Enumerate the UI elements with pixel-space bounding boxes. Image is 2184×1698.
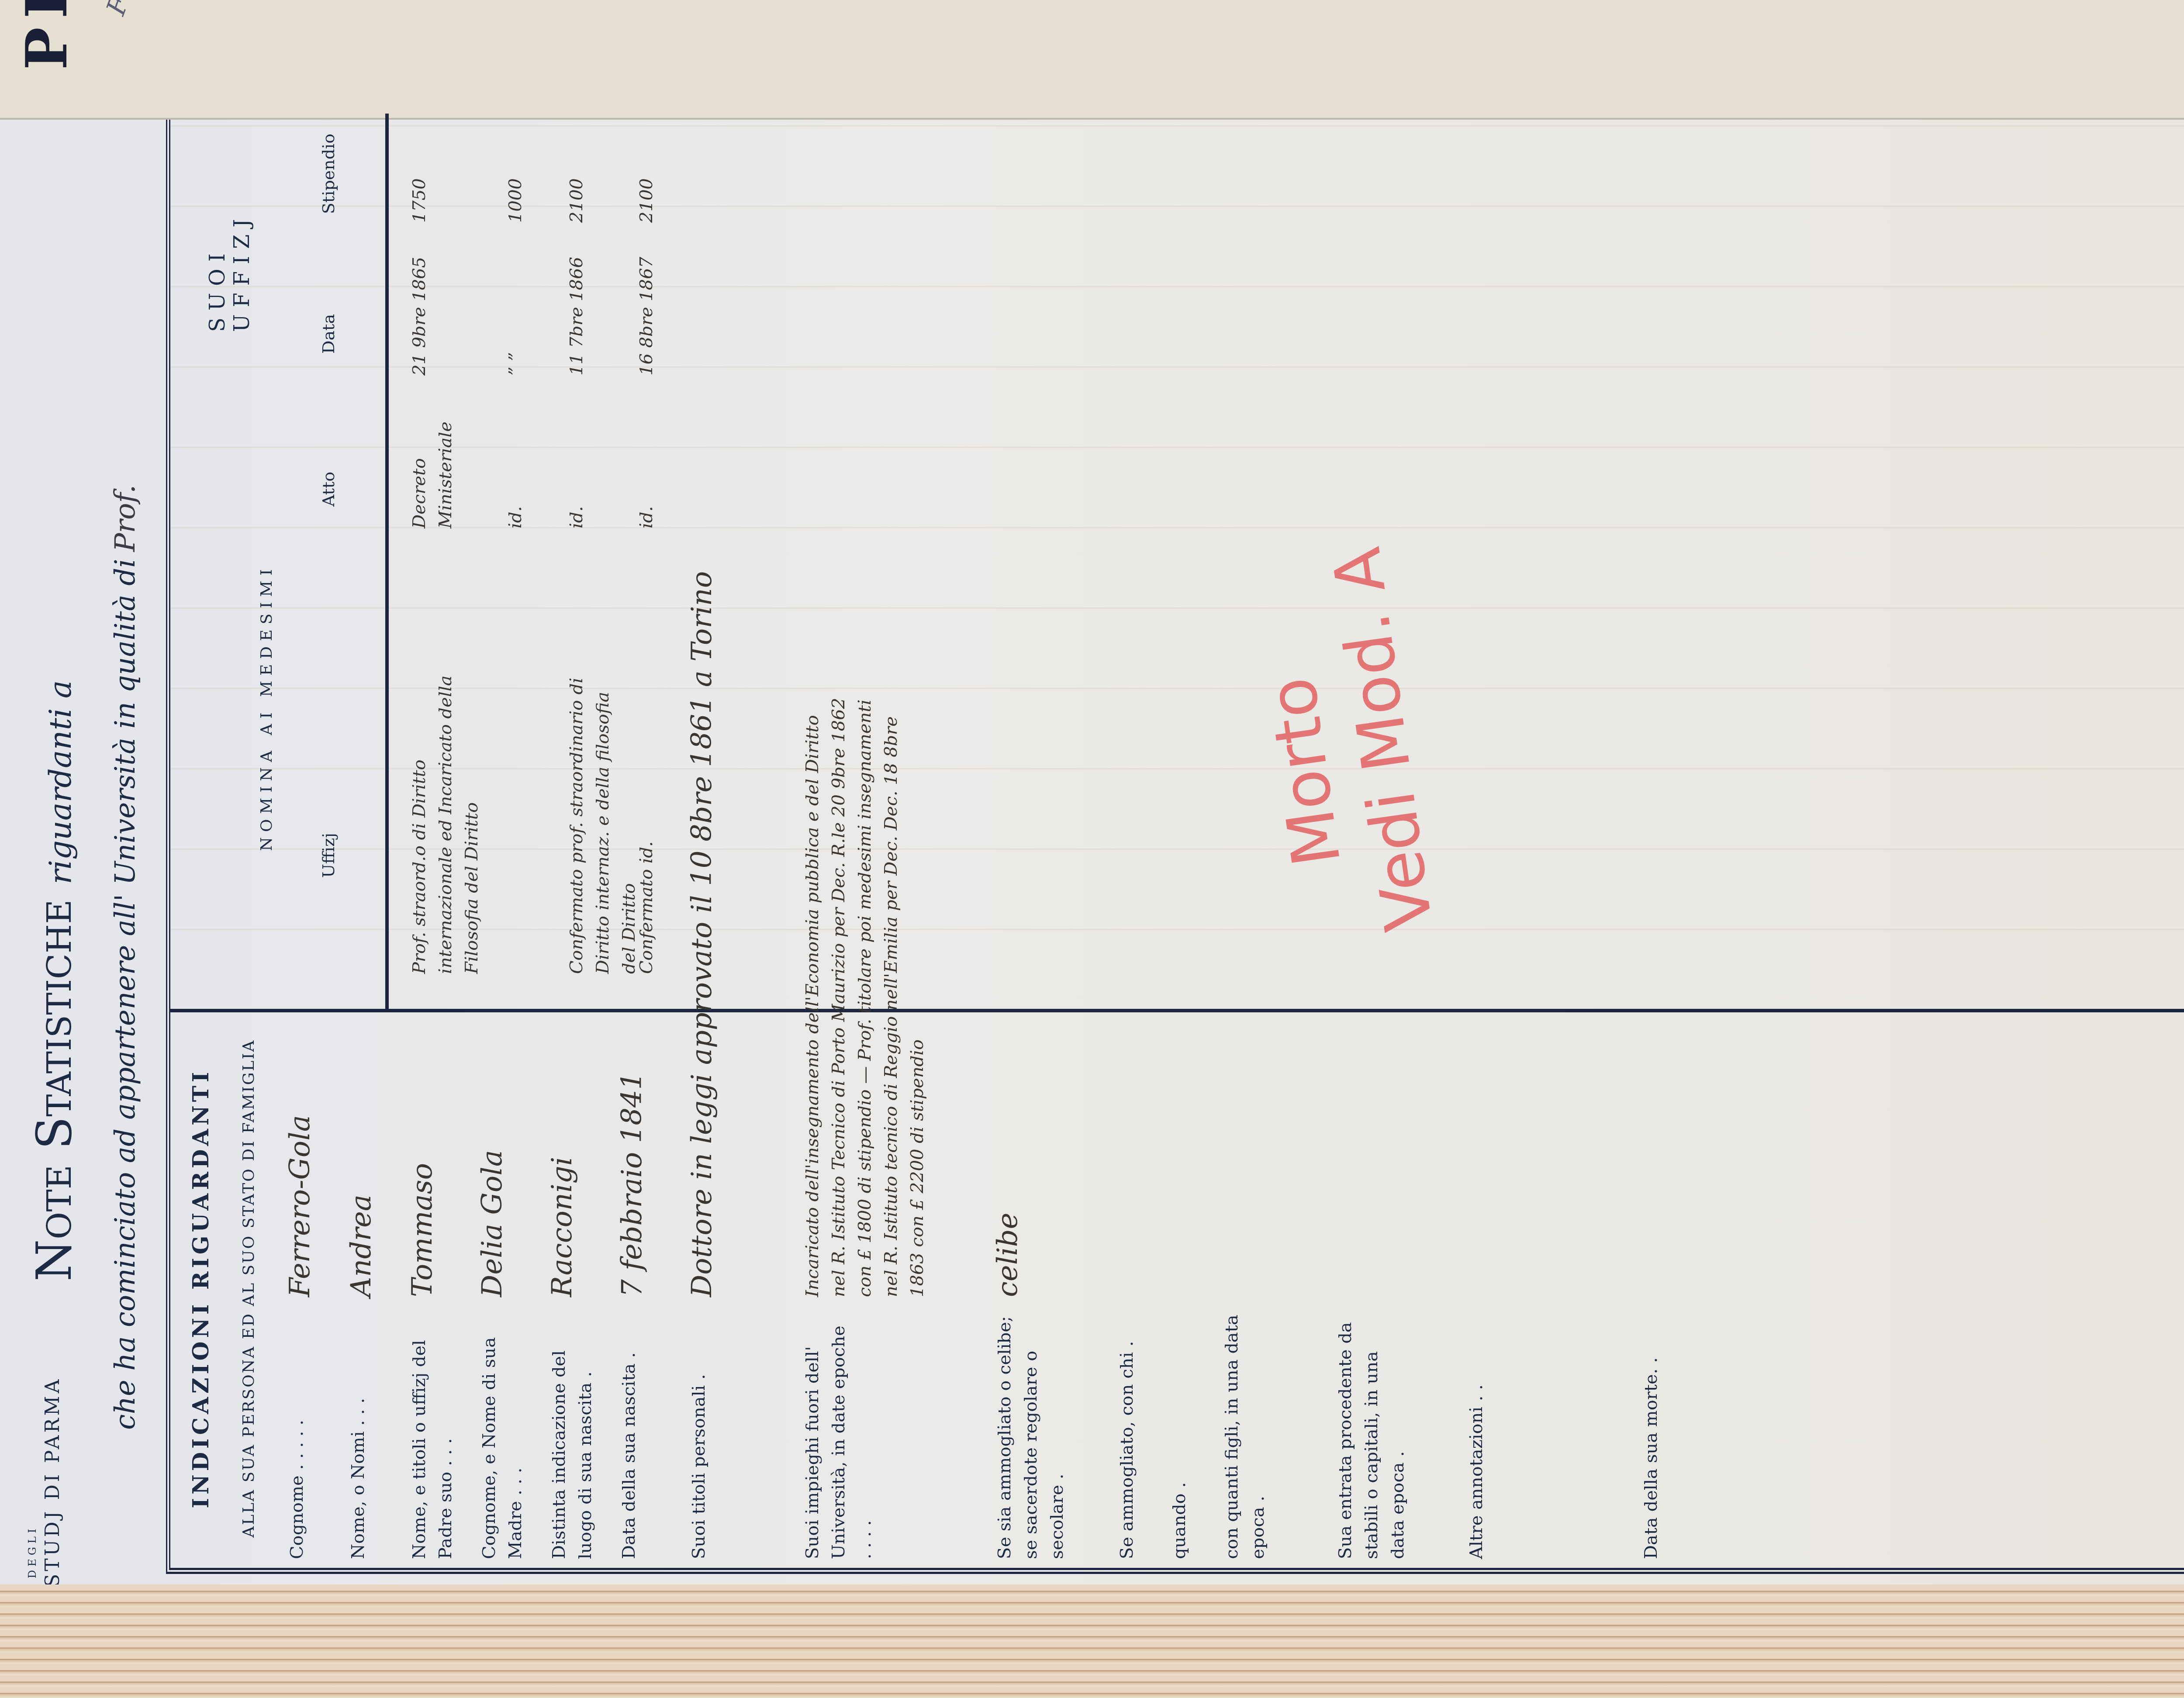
row-label: Suoi impieghi fuori dell' Università, in… [799,1315,878,1559]
form-subtitle: che ha cominciato ad appartenere all' Un… [109,485,142,1430]
previous-page-handwriting: Ferrero [100,0,164,19]
col-atto: Atto [319,472,338,507]
row-value: Incaricato dell'insegnamento dell'Econom… [799,686,930,1297]
row-label: Sua entrata procedente da stabili o capi… [1332,1315,1411,1559]
row-value: Andrea [345,162,377,1297]
row-value: Ferrero-Gola [284,162,316,1297]
register-page: DEGLI STUDJ DI PARMA Note Statistiche ri… [0,118,2184,1587]
col-data: Data [319,314,338,354]
row-value: Delia Gola [476,162,508,1297]
subtitle-handwriting: Prof. [109,485,142,552]
row-label: quando . [1166,1315,1192,1559]
university-label-small: DEGLI [26,1525,38,1578]
row-label: con quanti figli, in una data epoca . [1219,1315,1271,1559]
university-label: STUDJ DI PARMA [41,1377,64,1587]
row-value: 7 febbraio 1841 [616,162,648,1297]
row-label: Data della sua nascita . [616,1315,642,1559]
appointments-title: NOMINA AI MEDESIMI [258,406,276,1009]
row-label: Suoi titoli personali . [686,1315,712,1559]
row-value: Racconigi [546,162,578,1297]
page-header: DEGLI STUDJ DI PARMA Note Statistiche ri… [0,120,166,1587]
row-label: Se ammogliato, con chi . [1114,1315,1140,1559]
personal-heading: INDICAZIONI RIGUARDANTI [188,1009,214,1568]
row-label: Se sia ammogliato o celibe; se sacerdote… [992,1315,1070,1559]
previous-page-strip: PE Ferrero [0,0,2184,131]
offices-title: SUOI UFFIZJ [205,114,254,332]
personal-subheading: ALLA SUA PERSONA ED AL SUO STATO DI FAMI… [240,1009,258,1568]
rotated-form: DEGLI STUDJ DI PARMA Note Statistiche ri… [0,120,2184,1587]
row-label: Data della sua morte. . [1638,1315,1664,1559]
page-edges [0,1584,2184,1698]
col-stipendio: Stipendio [319,134,338,214]
row-label: Distinta indicazione del luogo di sua na… [546,1315,598,1559]
row-label: Altre annotazioni . . [1463,1315,1489,1559]
row-value: Dottore in leggi approvato il 10 8bre 18… [686,162,718,1297]
row-value: Tommaso [406,162,439,1297]
row-label: Nome, e titoli o uffizj del Padre suo . … [406,1315,459,1559]
row-label: Cognome, e Nome di sua Madre . . . [476,1315,529,1559]
form-title: Note Statistiche riguardanti a [26,680,82,1281]
row-label: Nome, o Nomi . . . [345,1315,371,1559]
form-table: INDICAZIONI RIGUARDANTI ALLA SUA PERSONA… [166,120,2184,1574]
col-uffizj: Uffizj [319,833,338,878]
previous-page-title: PE [13,0,80,70]
row-label: Cognome . . . . . [284,1315,310,1559]
offices-column: SUOI UFFIZJ NOMINA AI MEDESIMI Uffizj At… [170,114,2184,1009]
row-value: celibe [992,162,1024,1297]
